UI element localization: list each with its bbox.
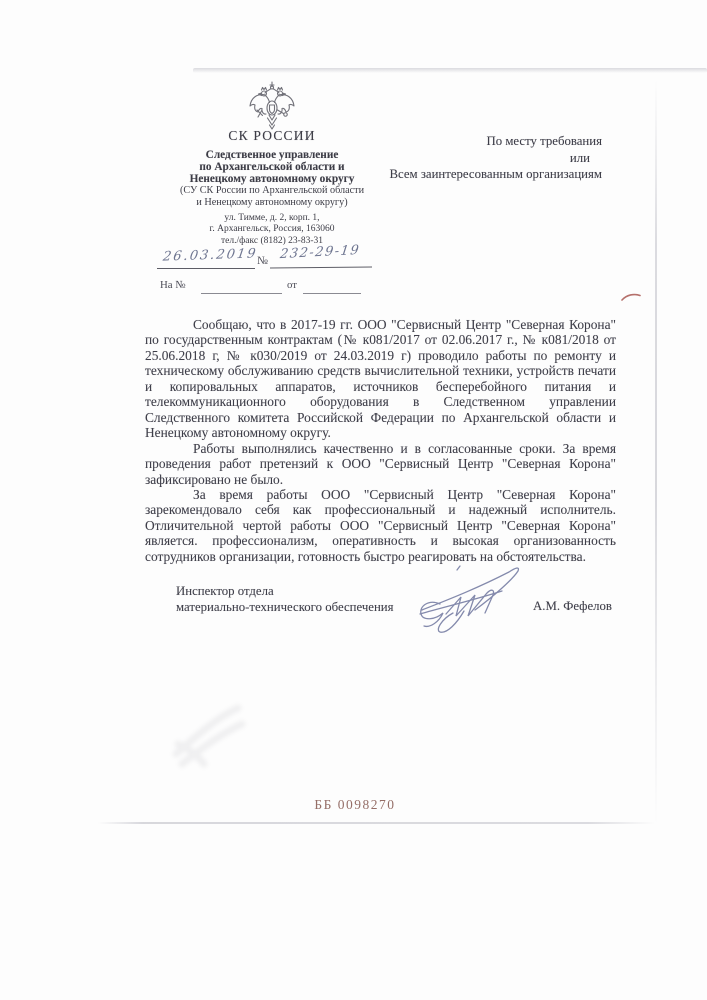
reply-number-underline [201,293,282,294]
paper-right-edge [655,80,657,825]
addressee-line: или [300,150,602,167]
department-abbrev-line: (СУ СК России по Архангельской области [92,185,452,196]
stationery-serial-number: ББ 0098270 [270,797,440,813]
stray-pen-mark [620,291,642,303]
handwritten-outgoing-number: 232-29-19 [279,243,361,262]
reply-date-underline [303,293,361,294]
paper-bottom-edge [98,822,655,824]
number-underline [270,266,372,268]
number-sign: № [257,255,268,267]
addressee-line: По месту требования [300,133,602,150]
reply-to-label: На № [160,279,186,291]
signer-position: Инспектор отдела материально-техническог… [176,584,394,615]
paper-top-edge-shadow [193,68,707,73]
faint-smudge [158,696,258,776]
double-headed-eagle-icon [247,80,297,134]
address-line: тел./факс (8182) 23-83-31 [92,236,452,247]
signer-position-line: Инспектор отдела [176,584,394,600]
scanned-letter-page: СК РОССИИ Следственное управление по Арх… [0,0,707,1000]
letter-body: Сообщаю, что в 2017-19 гг. ООО "Сервисны… [145,317,616,564]
signature-icon [412,560,547,642]
address-line: г. Архангельск, Россия, 163060 [92,224,452,235]
addressee-block: По месту требования или Всем заинтересов… [300,133,602,183]
body-paragraph: Работы выполнялись качественно и в согла… [145,441,616,487]
reply-from-label: от [287,279,297,291]
date-underline [157,268,255,269]
letterhead-address: ул. Тимме, д. 2, корп. 1, г. Архангельск… [92,213,452,247]
signer-name: А.М. Фефелов [533,599,612,614]
addressee-line: Всем заинтересованным организациям [300,166,602,183]
address-line: ул. Тимме, д. 2, корп. 1, [92,213,452,224]
department-abbrev-line: и Ненецкому автономному округу) [92,197,452,208]
body-paragraph: За время работы ООО "Сервисный Центр "Се… [145,487,616,564]
signer-position-line: материально-технического обеспечения [176,600,394,616]
handwritten-date: 26.03.2019 [162,246,258,264]
body-paragraph: Сообщаю, что в 2017-19 гг. ООО "Сервисны… [145,317,616,441]
